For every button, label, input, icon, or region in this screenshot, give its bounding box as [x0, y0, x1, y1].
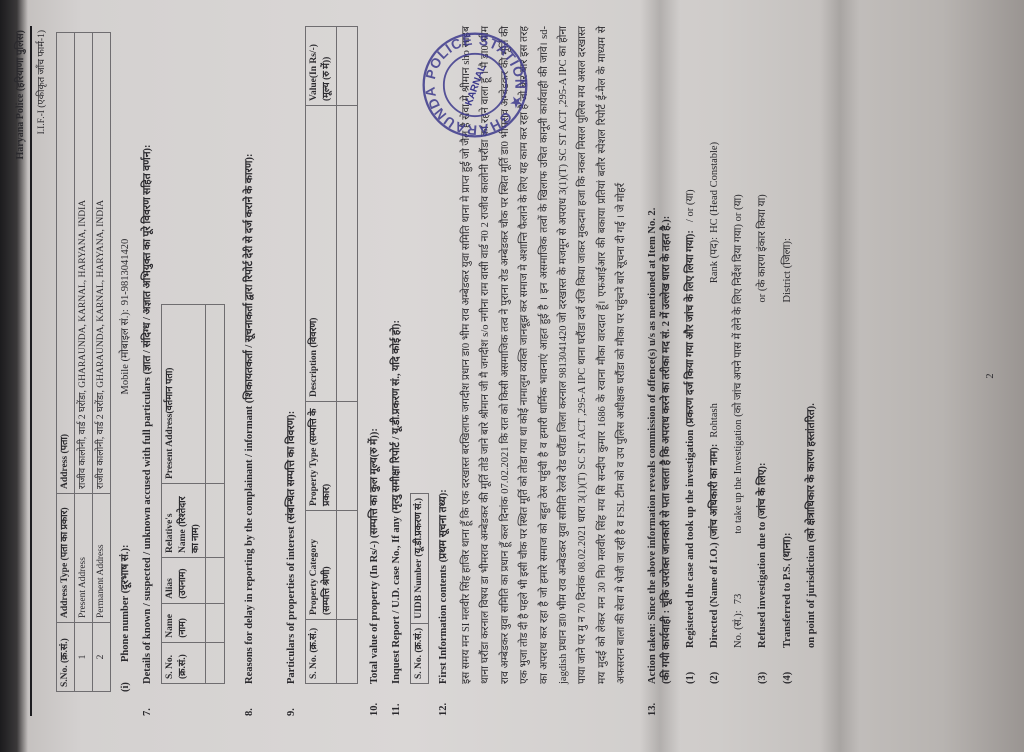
action-item-3: (3) Refused investigation due to (जांच क… — [756, 26, 770, 684]
col-header: Address Type (पता का प्रकार) — [57, 494, 75, 623]
action-item-1: (1) Registered the case and took up the … — [684, 26, 698, 684]
mobile-value: 91-9813041420 — [119, 239, 133, 306]
io-name: Rohtash — [708, 403, 722, 437]
form-content: Haryana Police (हरियाणा पुलिस) I.I.F.-I … — [14, 26, 819, 716]
phone-row: (i) Phone number (दूरभाष सं.): Mobile (म… — [119, 26, 133, 692]
uidb-table: S. No. (क्र.सं.) UIDB Number (यू.डी.प्रक… — [410, 493, 429, 684]
address-table: S.No. (क्र.सं.) Address Type (पता का प्र… — [56, 32, 110, 692]
section-9: 9. Particulars of properties of interest… — [285, 26, 299, 716]
police-station-stamp: POLICE STATION ★ GHARAUNDA ★ KARNAL — [420, 30, 530, 140]
table-row — [205, 305, 224, 684]
page-header-title: Haryana Police (हरियाणा पुलिस) — [14, 26, 28, 716]
rank-label: Rank (पद): — [708, 237, 722, 283]
document-page: Haryana Police (हरियाणा पुलिस) I.I.F.-I … — [0, 0, 1024, 752]
action-item-4: (4) Transferred to P.S. (थाना): District… — [781, 26, 795, 684]
stamp-inner-text: KARNAL — [464, 64, 489, 108]
col-header: Address (पता) — [57, 33, 75, 494]
paper-fold-shadow — [820, 0, 860, 752]
section-8: 8. Reasons for delay in reporting by the… — [243, 26, 257, 716]
table-row: 1 Present Address राजीव कालोनी, वार्ड 2 … — [75, 33, 93, 692]
property-table: S. No. (क्र.सं.) Property Category (सम्प… — [305, 26, 358, 684]
officer-no: 73 — [732, 594, 746, 605]
accused-table: S. No. (क्र.सं.) Name (नाम) Alias (उपनाम… — [161, 304, 224, 684]
action-item-2: (2) Directed (Name of I.O.) (जांच अधिकार… — [708, 26, 722, 684]
table-row — [336, 27, 357, 684]
section-10: 10. Total value of property (In Rs/-) (स… — [368, 26, 382, 716]
table-row: 2 Permanent Address राजीव कालोनी, वार्ड … — [92, 33, 110, 692]
form-subtitle: I.I.F.-I (एकीकृत जाँच फार्म-1) — [36, 26, 49, 716]
action-item-4-jurisdiction: on point of jurisdiction (को क्षेत्राधिक… — [805, 26, 819, 684]
section-7: 7. Details of known / suspected / unknow… — [141, 26, 155, 716]
rank-value: HC (Head Constable) — [708, 142, 722, 233]
phone-label: Phone number (दूरभाष सं.): — [119, 544, 133, 662]
section-11: 11. Inquest Report / U.D. case No., If a… — [390, 26, 404, 716]
header-rule — [30, 26, 32, 716]
action-item-2-no: No. (सं.): 73 to take up the Investigati… — [732, 26, 746, 684]
page-number: 2 — [985, 0, 996, 752]
col-header: S.No. (क्र.सं.) — [57, 623, 75, 692]
mobile-label: Mobile (मोबाइल सं.): — [119, 309, 133, 394]
section-13: 13. Action taken: Since the above inform… — [646, 26, 674, 716]
